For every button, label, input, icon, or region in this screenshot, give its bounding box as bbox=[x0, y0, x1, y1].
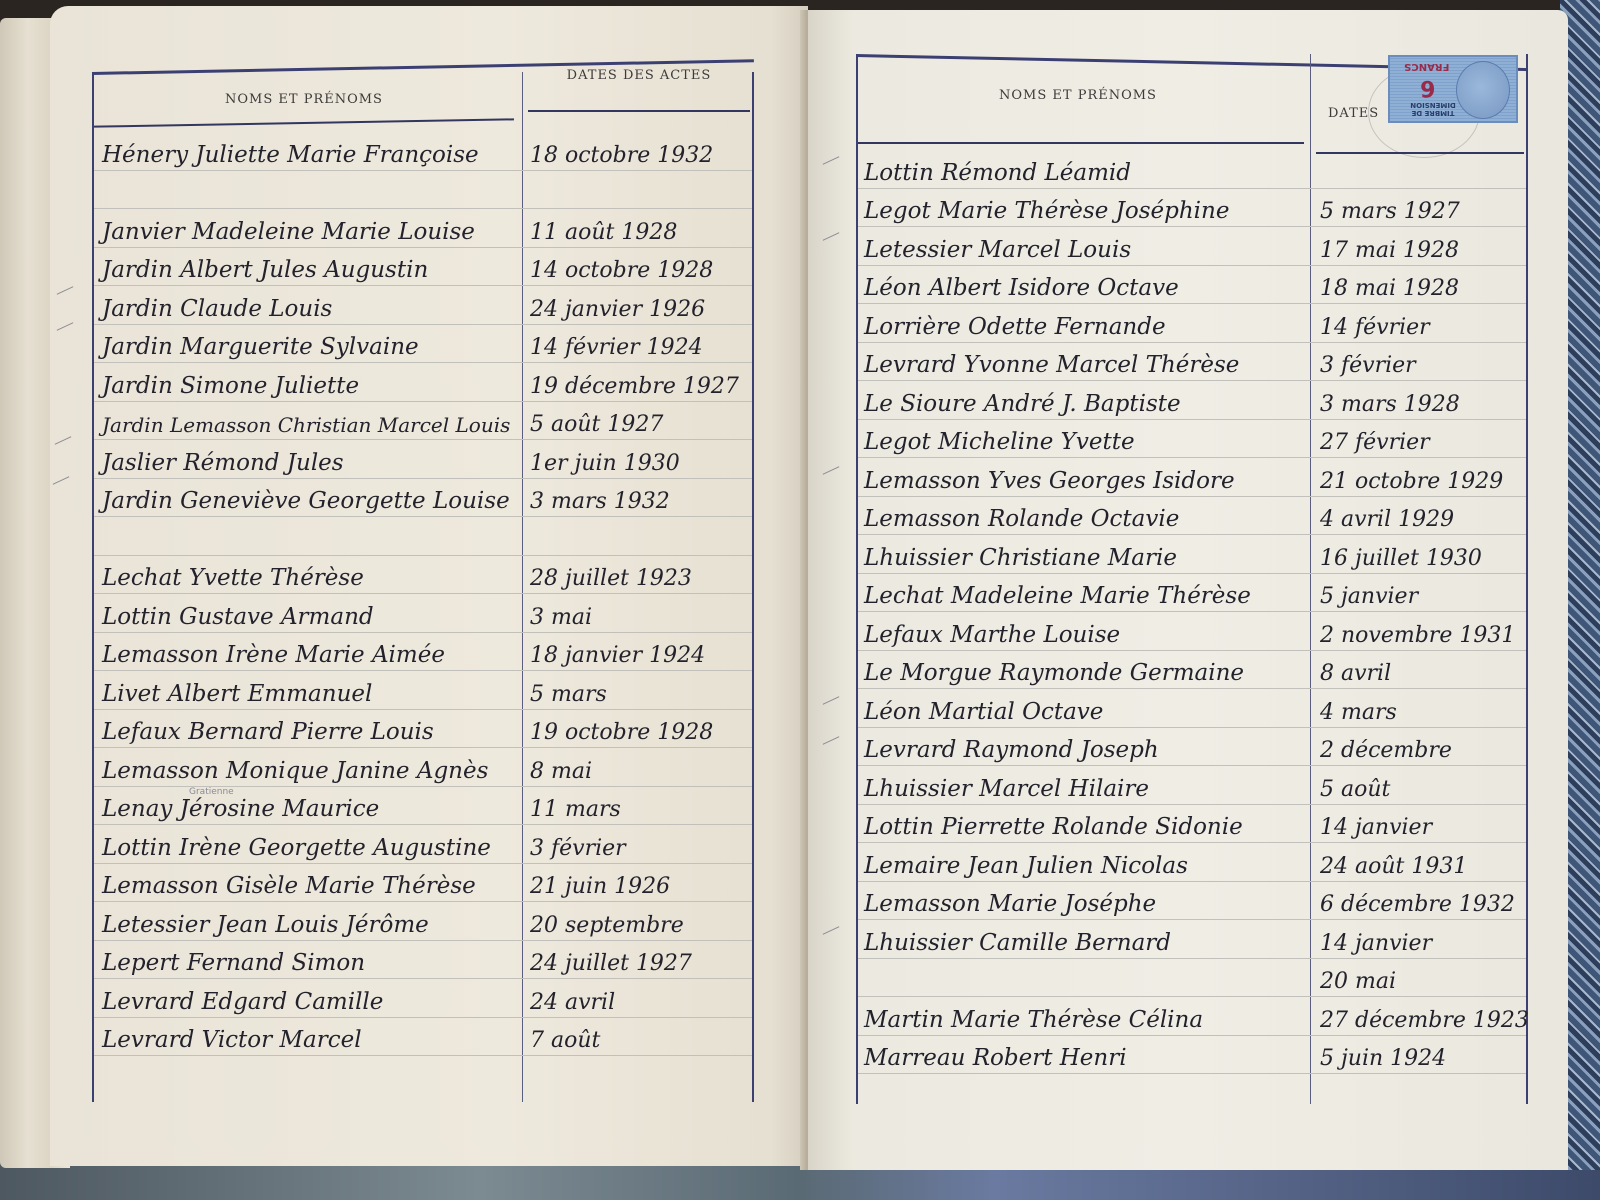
table-row: Marreau Robert Henri5 juin 1924 bbox=[858, 1036, 1526, 1075]
entry-name: Lhuissier Marcel Hilaire bbox=[858, 776, 1149, 804]
stamp-value: 6 bbox=[1420, 75, 1435, 100]
entry-date: 17 mai 1928 bbox=[1320, 238, 1459, 263]
entry-date: 11 août 1928 bbox=[530, 220, 677, 245]
right-register-table: NOMS ET PRÉNOMS DATES Lottin Rémond Léam… bbox=[856, 54, 1528, 1104]
entry-date: 19 octobre 1928 bbox=[530, 720, 713, 745]
table-row bbox=[94, 517, 752, 556]
table-row: Lechat Madeleine Marie Thérèse5 janvier bbox=[858, 574, 1526, 613]
column-header-dates: DATES DES ACTES bbox=[534, 68, 744, 83]
table-row: Lemasson Irène Marie Aimée18 janvier 192… bbox=[94, 633, 752, 672]
entry-date: 14 janvier bbox=[1320, 815, 1432, 840]
entry-name: Legot Micheline Yvette bbox=[858, 429, 1135, 457]
entry-name: Janvier Madeleine Marie Louise bbox=[94, 219, 475, 247]
right-entries: Lottin Rémond Léamid Legot Marie Thérèse… bbox=[858, 150, 1526, 1074]
left-entries: Hénery Juliette Marie Françoise18 octobr… bbox=[94, 132, 752, 1056]
entry-date: 5 juin 1924 bbox=[1320, 1046, 1446, 1071]
entry-date: 27 février bbox=[1320, 430, 1430, 455]
entry-name: Jaslier Rémond Jules bbox=[94, 450, 344, 478]
table-row: Le Sioure André J. Baptiste3 mars 1928 bbox=[858, 381, 1526, 420]
entry-date: 19 décembre 1927 bbox=[530, 374, 739, 399]
table-row: Lemasson Gisèle Marie Thérèse21 juin 192… bbox=[94, 864, 752, 903]
table-row: Levrard Edgard Camille24 avril bbox=[94, 979, 752, 1018]
table-row: Martin Marie Thérèse Célina27 décembre 1… bbox=[858, 997, 1526, 1036]
entry-name: Lottin Rémond Léamid bbox=[858, 160, 1131, 188]
table-row: Lemasson Marie Joséphe6 décembre 1932 bbox=[858, 882, 1526, 921]
entry-name: Lechat Yvette Thérèse bbox=[94, 565, 364, 593]
entry-name: Levrard Yvonne Marcel Thérèse bbox=[858, 352, 1239, 380]
table-row bbox=[94, 171, 752, 210]
entry-name: Jardin Lemasson Christian Marcel Louis bbox=[94, 413, 510, 439]
header-rule-names bbox=[858, 142, 1304, 144]
table-row: Lenay Jérosine Maurice11 marsGratienne bbox=[94, 787, 752, 826]
table-row: Lemaire Jean Julien Nicolas24 août 1931 bbox=[858, 843, 1526, 882]
entry-date: 6 décembre 1932 bbox=[1320, 892, 1515, 917]
entry-date: 18 mai 1928 bbox=[1320, 276, 1459, 301]
table-row: Léon Martial Octave4 mars bbox=[858, 689, 1526, 728]
entry-date: 24 avril bbox=[530, 990, 615, 1015]
header-rule-names bbox=[94, 118, 514, 127]
entry-date: 24 juillet 1927 bbox=[530, 951, 692, 976]
table-row: Lhuissier Camille Bernard14 janvier bbox=[858, 920, 1526, 959]
entry-name bbox=[858, 994, 864, 996]
table-row: Legot Marie Thérèse Joséphine5 mars 1927 bbox=[858, 189, 1526, 228]
entry-name: Lemasson Yves Georges Isidore bbox=[858, 468, 1235, 496]
entry-date: 3 mars 1928 bbox=[1320, 392, 1460, 417]
entry-name: Legot Marie Thérèse Joséphine bbox=[858, 198, 1229, 226]
entry-date: 14 janvier bbox=[1320, 931, 1432, 956]
entry-date: 3 mai bbox=[530, 605, 592, 630]
entry-date: 4 mars bbox=[1320, 700, 1397, 725]
entry-name: Lefaux Marthe Louise bbox=[858, 622, 1120, 650]
entry-date: 27 décembre 1923 bbox=[1320, 1008, 1529, 1033]
table-row: Jardin Simone Juliette19 décembre 1927 bbox=[94, 363, 752, 402]
entry-name: Livet Albert Emmanuel bbox=[94, 681, 372, 709]
column-header-names: NOMS ET PRÉNOMS bbox=[204, 92, 404, 107]
entry-date: 7 août bbox=[530, 1028, 600, 1053]
entry-date: 8 avril bbox=[1320, 661, 1391, 686]
table-row: Jardin Lemasson Christian Marcel Louis5 … bbox=[94, 402, 752, 441]
entry-date: 8 mai bbox=[530, 759, 592, 784]
entry-name bbox=[94, 206, 102, 208]
entry-name: Lemaire Jean Julien Nicolas bbox=[858, 853, 1188, 881]
entry-date: 24 janvier 1926 bbox=[530, 297, 705, 322]
entry-name: Jardin Marguerite Sylvaine bbox=[94, 334, 419, 362]
table-row: Jardin Marguerite Sylvaine14 février 192… bbox=[94, 325, 752, 364]
entry-name: Le Morgue Raymonde Germaine bbox=[858, 660, 1244, 688]
column-header-names: NOMS ET PRÉNOMS bbox=[978, 88, 1178, 103]
table-row: Lefaux Marthe Louise2 novembre 1931 bbox=[858, 612, 1526, 651]
entry-date: 20 septembre bbox=[530, 913, 684, 938]
entry-name: Jardin Claude Louis bbox=[94, 296, 332, 324]
entry-date: 5 août 1927 bbox=[530, 412, 663, 437]
entry-date: 5 août bbox=[1320, 777, 1390, 802]
table-row: Lemasson Yves Georges Isidore21 octobre … bbox=[858, 458, 1526, 497]
entry-name: Levrard Raymond Joseph bbox=[858, 737, 1159, 765]
entry-name: Hénery Juliette Marie Françoise bbox=[94, 142, 479, 170]
entry-name: Letessier Marcel Louis bbox=[858, 237, 1131, 265]
table-row: Letessier Marcel Louis17 mai 1928 bbox=[858, 227, 1526, 266]
entry-name: Letessier Jean Louis Jérôme bbox=[94, 912, 429, 940]
entry-date: 4 avril 1929 bbox=[1320, 507, 1454, 532]
entry-date: 16 juillet 1930 bbox=[1320, 546, 1482, 571]
entry-name: Marreau Robert Henri bbox=[858, 1045, 1127, 1073]
entry-name: Lefaux Bernard Pierre Louis bbox=[94, 719, 434, 747]
entry-name: Lemasson Gisèle Marie Thérèse bbox=[94, 873, 476, 901]
header-rule-dates bbox=[528, 110, 750, 112]
table-row: Legot Micheline Yvette27 février bbox=[858, 420, 1526, 459]
entry-date: 24 août 1931 bbox=[1320, 854, 1467, 879]
table-row: Léon Albert Isidore Octave18 mai 1928 bbox=[858, 266, 1526, 305]
entry-date: 14 février bbox=[1320, 315, 1430, 340]
entry-name: Le Sioure André J. Baptiste bbox=[858, 391, 1181, 419]
table-row: Lemasson Rolande Octavie4 avril 1929 bbox=[858, 497, 1526, 536]
entry-date: 3 février bbox=[530, 836, 626, 861]
entry-date: 14 octobre 1928 bbox=[530, 258, 713, 283]
entry-date: 18 octobre 1932 bbox=[530, 143, 713, 168]
table-row: Lottin Pierrette Rolande Sidonie14 janvi… bbox=[858, 805, 1526, 844]
table-row: Jardin Albert Jules Augustin14 octobre 1… bbox=[94, 248, 752, 287]
entry-name: Lorrière Odette Fernande bbox=[858, 314, 1166, 342]
entry-name bbox=[94, 553, 102, 555]
table-row: Janvier Madeleine Marie Louise11 août 19… bbox=[94, 209, 752, 248]
entry-name: Léon Albert Isidore Octave bbox=[858, 275, 1179, 303]
stamp-label: TIMBRE DE DIMENSION bbox=[1398, 101, 1468, 117]
entry-date: 28 juillet 1923 bbox=[530, 566, 692, 591]
entry-name: Levrard Victor Marcel bbox=[94, 1027, 362, 1055]
stamp-currency: FRANCS bbox=[1404, 61, 1449, 72]
entry-name: Léon Martial Octave bbox=[858, 699, 1103, 727]
column-header-dates: DATES bbox=[1328, 106, 1388, 121]
entry-name: Lhuissier Camille Bernard bbox=[858, 930, 1171, 958]
entry-name: Levrard Edgard Camille bbox=[94, 989, 383, 1017]
table-row: Levrard Raymond Joseph2 décembre bbox=[858, 728, 1526, 767]
table-row: Lepert Fernand Simon24 juillet 1927 bbox=[94, 941, 752, 980]
margin-annotation: Gratienne bbox=[189, 787, 234, 797]
entry-date: 3 mars 1932 bbox=[530, 489, 670, 514]
entry-date: 18 janvier 1924 bbox=[530, 643, 705, 668]
entry-name: Lottin Irène Georgette Augustine bbox=[94, 835, 491, 863]
table-row: Jardin Geneviève Georgette Louise3 mars … bbox=[94, 479, 752, 518]
table-row: Lhuissier Marcel Hilaire5 août bbox=[858, 766, 1526, 805]
table-row: Lottin Irène Georgette Augustine3 févrie… bbox=[94, 825, 752, 864]
entry-date: 21 juin 1926 bbox=[530, 874, 670, 899]
entry-name: Lhuissier Christiane Marie bbox=[858, 545, 1177, 573]
revenue-stamp: FRANCS 6 TIMBRE DE DIMENSION bbox=[1388, 55, 1518, 123]
entry-name: Jardin Albert Jules Augustin bbox=[94, 257, 428, 285]
entry-name: Lottin Gustave Armand bbox=[94, 604, 374, 632]
table-row: 20 mai bbox=[858, 959, 1526, 998]
entry-name: Lemasson Monique Janine Agnès bbox=[94, 758, 488, 786]
table-row: Levrard Yvonne Marcel Thérèse3 février bbox=[858, 343, 1526, 382]
entry-name: Lemasson Irène Marie Aimée bbox=[94, 642, 445, 670]
table-row: Levrard Victor Marcel7 août bbox=[94, 1018, 752, 1057]
entry-name: Martin Marie Thérèse Célina bbox=[858, 1007, 1203, 1035]
table-row: Lechat Yvette Thérèse28 juillet 1923 bbox=[94, 556, 752, 595]
entry-date: 2 novembre 1931 bbox=[1320, 623, 1515, 648]
entry-date: 1er juin 1930 bbox=[530, 451, 680, 476]
entry-date: 14 février 1924 bbox=[530, 335, 703, 360]
entry-date: 5 janvier bbox=[1320, 584, 1418, 609]
entry-name: Lechat Madeleine Marie Thérèse bbox=[858, 583, 1251, 611]
table-row: Lottin Gustave Armand3 mai bbox=[94, 594, 752, 633]
entry-date: 11 mars bbox=[530, 797, 621, 822]
table-row: Letessier Jean Louis Jérôme20 septembre bbox=[94, 902, 752, 941]
table-row: Livet Albert Emmanuel5 mars bbox=[94, 671, 752, 710]
table-row: Lemasson Monique Janine Agnès8 mai bbox=[94, 748, 752, 787]
entry-date: 20 mai bbox=[1320, 969, 1396, 994]
table-row: Jaslier Rémond Jules1er juin 1930 bbox=[94, 440, 752, 479]
entry-name: Lepert Fernand Simon bbox=[94, 950, 365, 978]
entry-date: 21 octobre 1929 bbox=[1320, 469, 1503, 494]
entry-name: Lemasson Rolande Octavie bbox=[858, 506, 1179, 534]
table-row: Le Morgue Raymonde Germaine8 avril bbox=[858, 651, 1526, 690]
entry-date: 2 décembre bbox=[1320, 738, 1452, 763]
table-row: Lottin Rémond Léamid bbox=[858, 150, 1526, 189]
entry-name: Jardin Simone Juliette bbox=[94, 373, 359, 401]
entry-name: Lenay Jérosine Maurice bbox=[94, 796, 379, 824]
left-register-table: NOMS ET PRÉNOMS DATES DES ACTES Hénery J… bbox=[92, 72, 754, 1102]
entry-date: 5 mars 1927 bbox=[1320, 199, 1460, 224]
table-row: Lhuissier Christiane Marie16 juillet 193… bbox=[858, 535, 1526, 574]
table-row: Lefaux Bernard Pierre Louis19 octobre 19… bbox=[94, 710, 752, 749]
entry-name: Lemasson Marie Joséphe bbox=[858, 891, 1156, 919]
entry-date: 3 février bbox=[1320, 353, 1416, 378]
entry-date: 5 mars bbox=[530, 682, 607, 707]
table-row: Lorrière Odette Fernande14 février bbox=[858, 304, 1526, 343]
table-row: Jardin Claude Louis24 janvier 1926 bbox=[94, 286, 752, 325]
entry-name: Jardin Geneviève Georgette Louise bbox=[94, 488, 510, 516]
table-row: Hénery Juliette Marie Françoise18 octobr… bbox=[94, 132, 752, 171]
entry-name: Lottin Pierrette Rolande Sidonie bbox=[858, 814, 1243, 842]
